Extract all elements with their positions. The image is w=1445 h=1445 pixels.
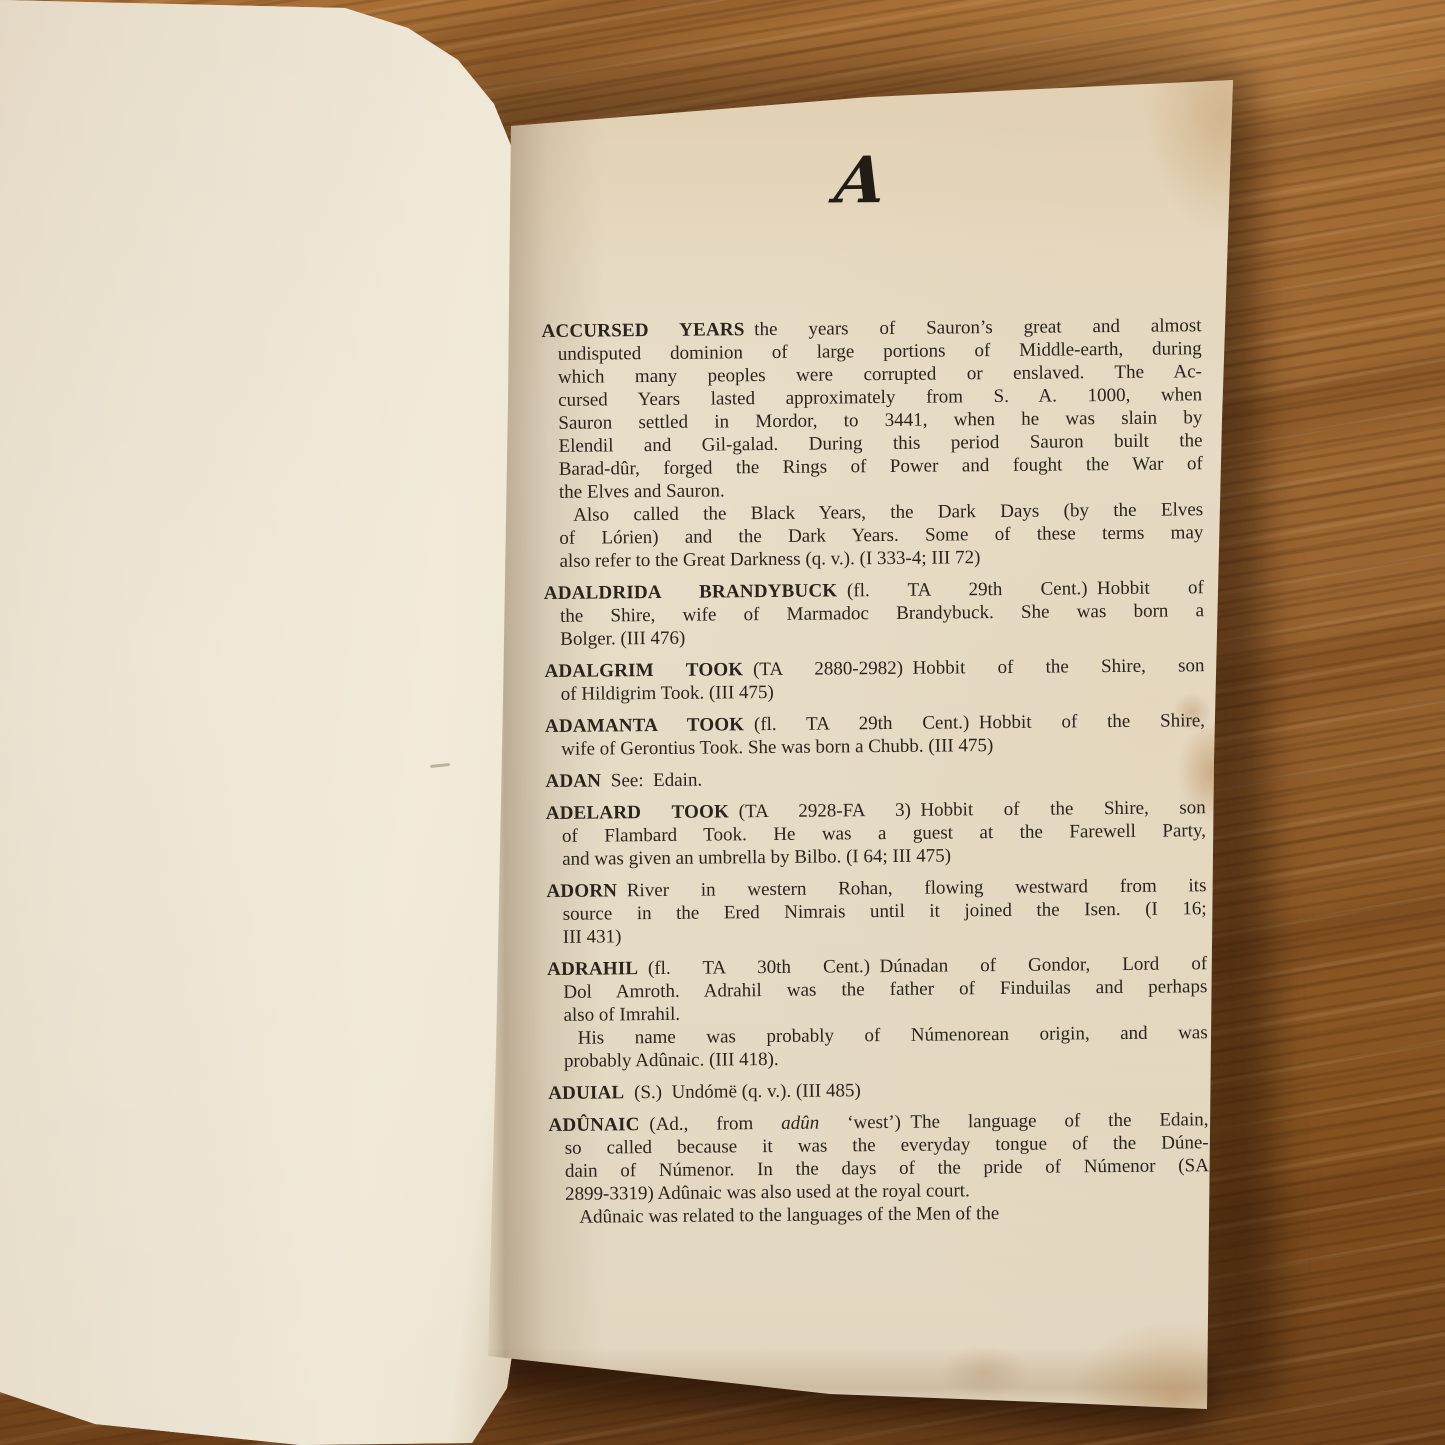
entry-term: ADALDRIDA BRANDYBUCK	[544, 580, 847, 604]
entry-line: also refer to the Great Darkness (q. v.)…	[543, 544, 1203, 573]
entry-term: ADORN	[546, 880, 627, 902]
entry-term: ADUIAL	[548, 1082, 634, 1104]
left-page-curled	[0, 0, 530, 1445]
entry-line: Bolger. (III 476)	[544, 622, 1204, 651]
glossary-entry: ADUIAL (S.) Undómë (q. v.). (III 485)	[548, 1076, 1208, 1105]
glossary-entry: ADRAHIL (fl. TA 30th Cent.) Dúnadan of G…	[547, 952, 1208, 1073]
page-text: A ACCURSED YEARS the years of Sauron’s g…	[540, 146, 1209, 1238]
entry-term: ADALGRIM TOOK	[544, 659, 753, 682]
entry-line: probably Adûnaic. (III 418).	[548, 1044, 1208, 1073]
entry-term: ADRAHIL	[547, 958, 648, 980]
glossary-entry: ADAN See: Edain.	[545, 764, 1205, 793]
entry-line: wife of Gerontius Took. She was born a C…	[545, 732, 1205, 761]
entry-term: ADÛNAIC	[548, 1114, 649, 1136]
glossary-entry: ACCURSED YEARS the years of Sauron’s gre…	[541, 314, 1203, 573]
glossary-entry: ADALGRIM TOOK (TA 2880-2982) Hobbit of t…	[544, 654, 1204, 706]
glossary-entry: ADÛNAIC (Ad., from adûn ‘west’) The lang…	[548, 1108, 1209, 1229]
entry-line: ADUIAL (S.) Undómë (q. v.). (III 485)	[548, 1076, 1208, 1105]
glossary-entry: ADELARD TOOK (TA 2928-FA 3) Hobbit of th…	[546, 796, 1207, 871]
entry-term: ADELARD TOOK	[546, 801, 739, 824]
glossary-entries: ACCURSED YEARS the years of Sauron’s gre…	[541, 314, 1209, 1229]
glossary-entry: ADAMANTA TOOK (fl. TA 29th Cent.) Hobbit…	[545, 709, 1205, 761]
entry-line: and was given an umbrella by Bilbo. (I 6…	[546, 842, 1206, 871]
entry-line: of Hildigrim Took. (III 475)	[545, 677, 1205, 706]
section-letter-ornament: A	[832, 146, 1203, 213]
glossary-entry: ADALDRIDA BRANDYBUCK (fl. TA 29th Cent.)…	[544, 576, 1205, 651]
entry-term: ACCURSED YEARS	[541, 319, 754, 342]
entry-line: Adûnaic was related to the languages of …	[549, 1200, 1209, 1229]
entry-term: ADAN	[545, 770, 611, 792]
entry-line: ADAN See: Edain.	[545, 764, 1205, 793]
glossary-entry: ADORN River in western Rohan, flowing we…	[546, 874, 1207, 949]
entry-term: ADAMANTA TOOK	[545, 714, 754, 737]
photo-scene: A ACCURSED YEARS the years of Sauron’s g…	[0, 0, 1445, 1445]
